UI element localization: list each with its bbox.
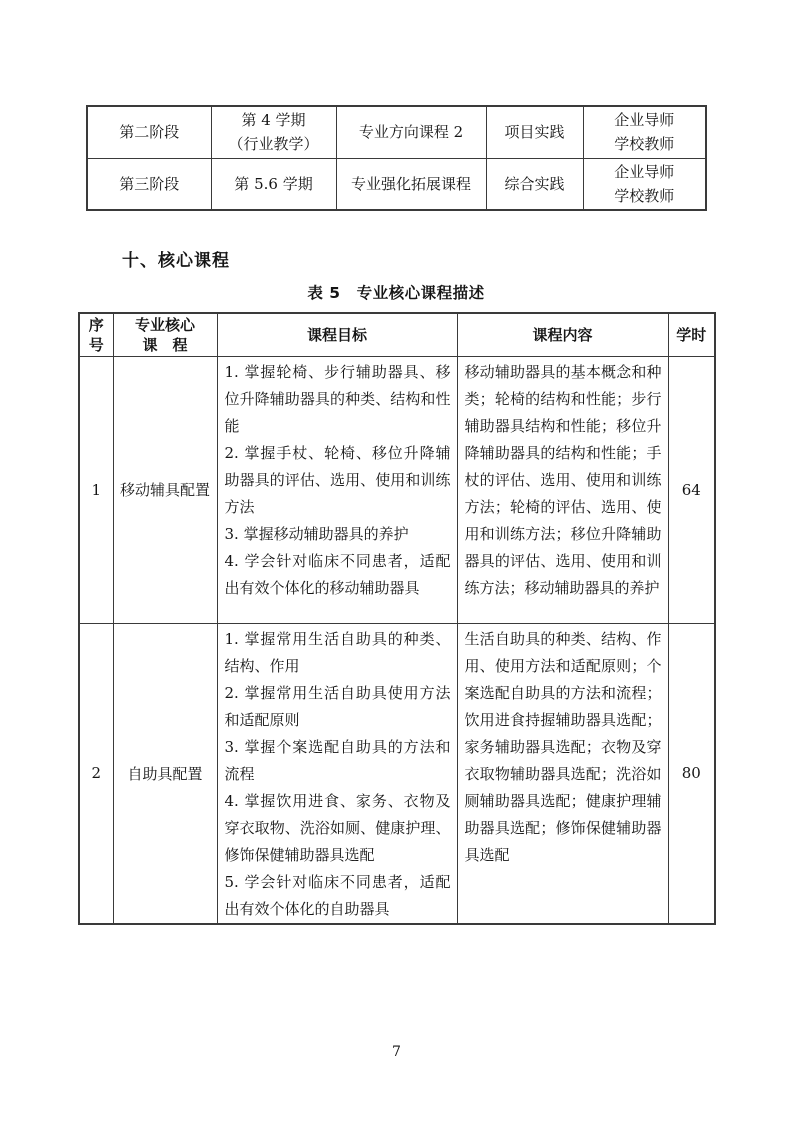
column-header-hours: 学时: [668, 313, 715, 356]
stage-cell: 专业方向课程 2: [336, 106, 486, 158]
hours-cell: 64: [668, 356, 715, 623]
stage-cell: 第二阶段: [87, 106, 211, 158]
hours-cell: 80: [668, 623, 715, 924]
column-header-seq: 序 号: [79, 313, 113, 356]
column-header-goals: 课程目标: [217, 313, 457, 356]
page-number: 7: [0, 1044, 793, 1060]
document-page: 第二阶段 第 4 学期 （行业教学） 专业方向课程 2 项目实践 企业导师 学校…: [0, 0, 793, 1122]
stage-cell: 企业导师 学校教师: [583, 158, 706, 210]
table-caption: 表 5 专业核心课程描述: [78, 281, 714, 303]
stage-row: 第二阶段 第 4 学期 （行业教学） 专业方向课程 2 项目实践 企业导师 学校…: [87, 106, 706, 158]
table-row: 1 移动辅具配置 1. 掌握轮椅、步行辅助器具、移位升降辅助器具的种类、结构和性…: [79, 356, 715, 623]
course-content-cell: 移动辅助器具的基本概念和种类；轮椅的结构和性能；步行辅助器具结构和性能；移位升降…: [457, 356, 668, 623]
stage-table: 第二阶段 第 4 学期 （行业教学） 专业方向课程 2 项目实践 企业导师 学校…: [86, 105, 707, 211]
seq-cell: 2: [79, 623, 113, 924]
course-goals-cell: 1. 掌握轮椅、步行辅助器具、移位升降辅助器具的种类、结构和性能 2. 掌握手杖…: [217, 356, 457, 623]
core-course-table: 序 号 专业核心 课 程 课程目标 课程内容 学时 1 移动辅具配置 1. 掌握…: [78, 312, 716, 925]
column-header-content: 课程内容: [457, 313, 668, 356]
stage-cell: 第三阶段: [87, 158, 211, 210]
column-header-course: 专业核心 课 程: [113, 313, 217, 356]
table-row: 2 自助具配置 1. 掌握常用生活自助具的种类、结构、作用 2. 掌握常用生活自…: [79, 623, 715, 924]
stage-cell: 综合实践: [486, 158, 583, 210]
stage-cell: 第 5.6 学期: [211, 158, 336, 210]
course-content-cell: 生活自助具的种类、结构、作用、使用方法和适配原则；个案选配自助具的方法和流程；饮…: [457, 623, 668, 924]
stage-cell: 专业强化拓展课程: [336, 158, 486, 210]
stage-row: 第三阶段 第 5.6 学期 专业强化拓展课程 综合实践 企业导师 学校教师: [87, 158, 706, 210]
stage-cell: 第 4 学期 （行业教学）: [211, 106, 336, 158]
seq-cell: 1: [79, 356, 113, 623]
header-row: 序 号 专业核心 课 程 课程目标 课程内容 学时: [79, 313, 715, 356]
stage-cell: 项目实践: [486, 106, 583, 158]
stage-cell: 企业导师 学校教师: [583, 106, 706, 158]
course-goals-cell: 1. 掌握常用生活自助具的种类、结构、作用 2. 掌握常用生活自助具使用方法和适…: [217, 623, 457, 924]
section-heading: 十、核心课程: [122, 246, 230, 271]
course-name-cell: 移动辅具配置: [113, 356, 217, 623]
course-name-cell: 自助具配置: [113, 623, 217, 924]
